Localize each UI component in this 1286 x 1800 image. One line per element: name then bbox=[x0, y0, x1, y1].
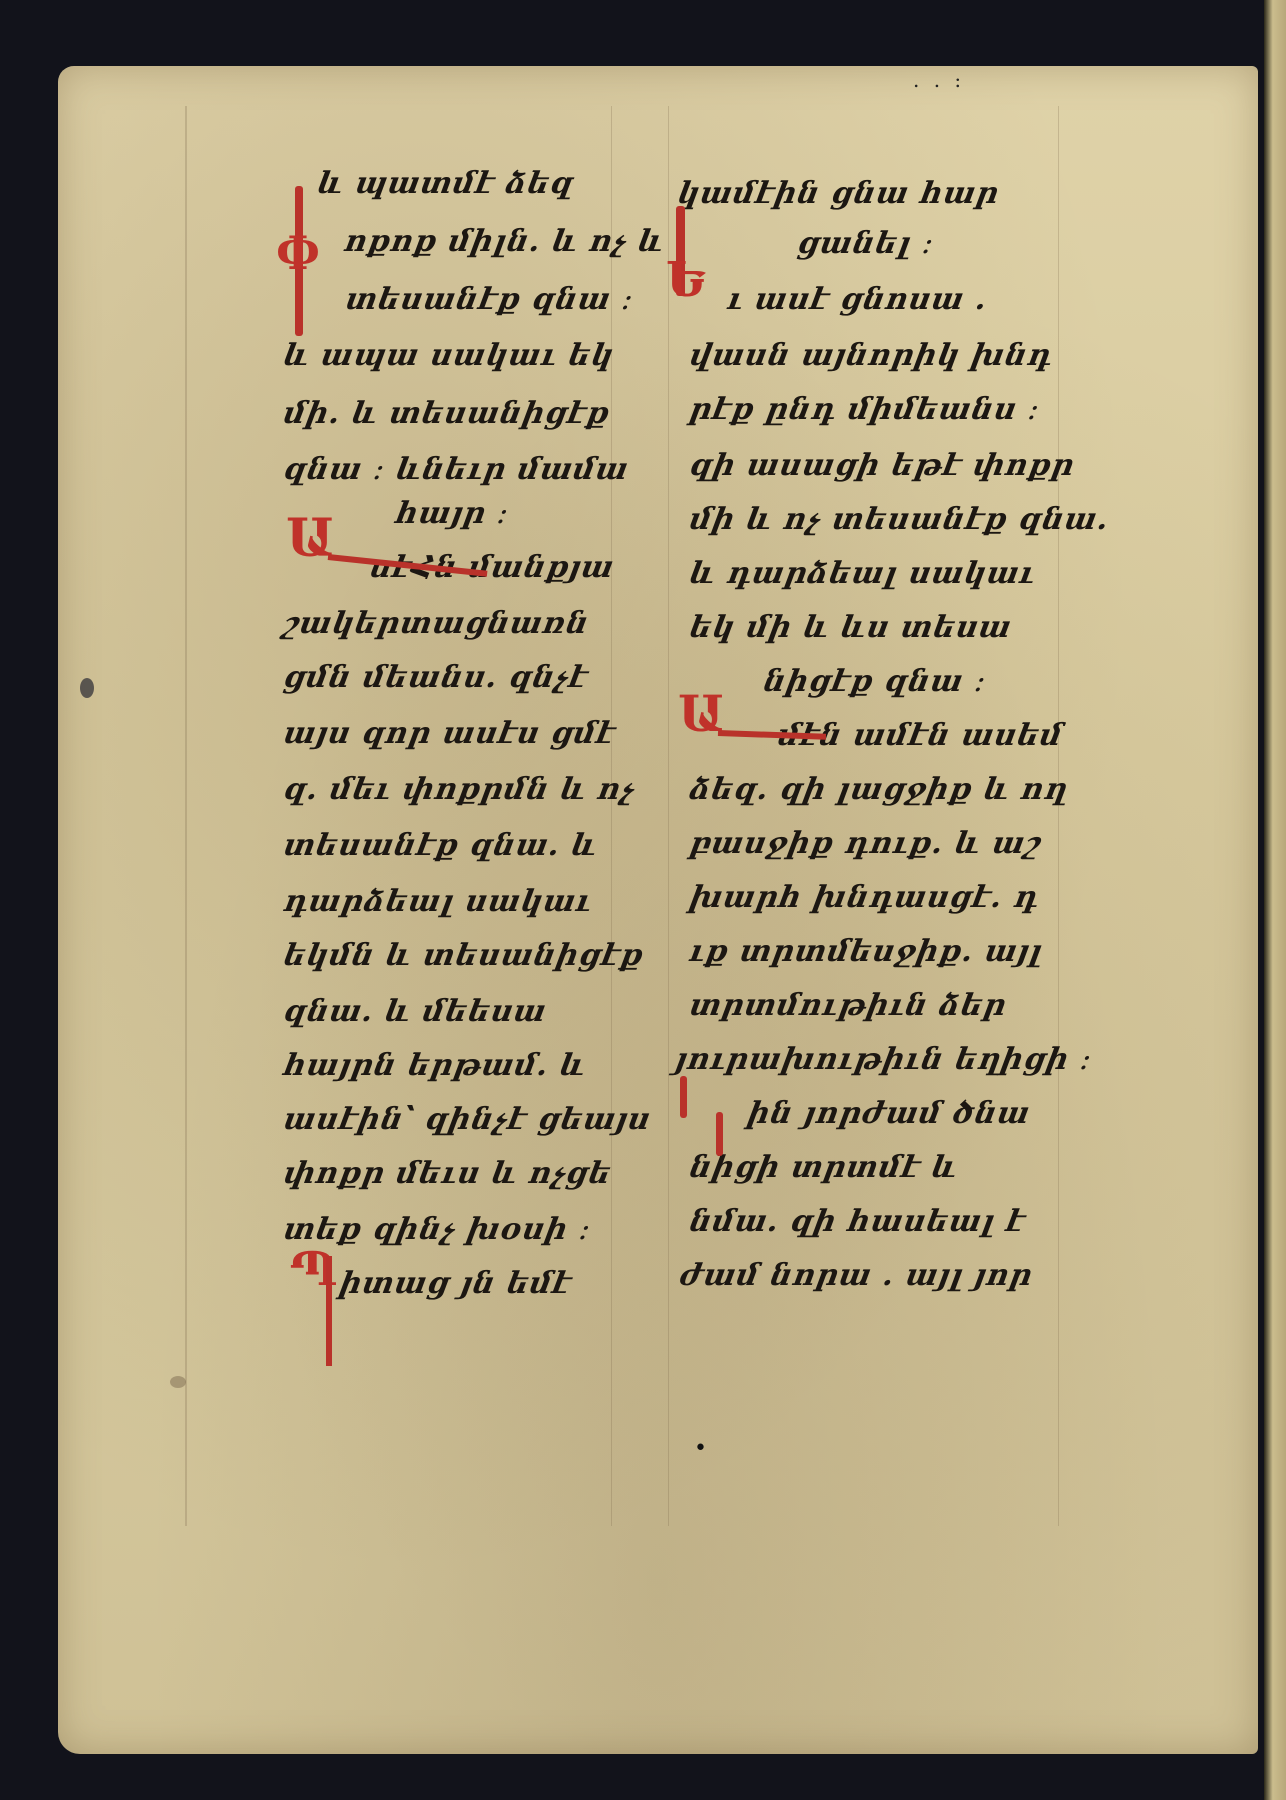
text-line: հայրն երթամ․ և bbox=[281, 1048, 589, 1083]
text-line: նիցի տրտմէ և bbox=[687, 1150, 961, 1185]
text-line: տեսանէք զնա․ և bbox=[281, 828, 601, 863]
text-line: ին յորժամ ծնա bbox=[745, 1096, 1033, 1131]
ruling-line bbox=[668, 106, 669, 1526]
adjacent-folio-edge bbox=[1264, 0, 1286, 1800]
text-line: վասն այնորիկ խնդ bbox=[687, 338, 1056, 373]
text-line: ցանել ։ bbox=[795, 226, 937, 261]
text-line: մի և ոչ տեսանէք զնա․ bbox=[687, 502, 1112, 537]
text-line: ւք տրտմեսջիք․ այլ bbox=[687, 934, 1046, 969]
text-line: զ․ մեւ փոքրմն և ոչ bbox=[281, 772, 638, 807]
text-line: նիցէք զնա ։ bbox=[761, 664, 989, 699]
text-line: և դարձեալ սակաւ bbox=[687, 556, 1039, 591]
ink-stain bbox=[80, 678, 94, 698]
ruling-line bbox=[185, 106, 187, 1526]
text-line: հայր ։ bbox=[393, 496, 512, 531]
bottom-dot: • bbox=[694, 1436, 707, 1461]
text-line: կամէին ցնա հար bbox=[675, 176, 1002, 211]
ruling-line bbox=[611, 106, 612, 1526]
stain bbox=[170, 1376, 186, 1388]
text-line: տեսանէք զնա ։ bbox=[343, 282, 637, 317]
text-line: նմա․ զի հասեալ է bbox=[687, 1204, 1029, 1239]
text-line: և պատմէ ձեզ bbox=[315, 166, 577, 201]
text-line: խարհ խնդասցէ․ դ bbox=[687, 880, 1043, 915]
text-line: բասջիք դուք․ և աշ bbox=[687, 826, 1044, 861]
text-line: շակերտացնառն bbox=[281, 606, 592, 641]
text-line: ասէին՝ զինչէ ցեայս bbox=[281, 1102, 654, 1137]
text-line: եկմն և տեսանիցէք bbox=[281, 938, 647, 973]
text-line: տրտմութիւն ձեր bbox=[687, 988, 1010, 1023]
text-line: յուրախութիւն եղիցի ։ bbox=[673, 1042, 1095, 1077]
text-line: զի ասացի եթէ փոքր bbox=[687, 448, 1078, 483]
text-line: զնա․ և մեեսա bbox=[281, 994, 550, 1029]
text-line: ցմն մեանս․ զնչէ bbox=[281, 660, 591, 695]
text-line: զնա ։ ևնեւր մամա bbox=[281, 452, 632, 487]
manuscript-page: . . : • և պատմէ ձեզ ոքոք միլն․ և ոչ և տե… bbox=[58, 66, 1258, 1754]
text-line: և ապա սակաւ եկ bbox=[281, 338, 617, 373]
text-line: եկ մի և ևս տեսա bbox=[687, 610, 1015, 645]
text-line: փոքր մեւս և ոչցե bbox=[281, 1156, 615, 1191]
text-line: այս զոր ասէս ցմէ bbox=[281, 716, 619, 751]
ruling-line bbox=[1058, 106, 1059, 1526]
text-line: մի․ և տեսանիցէք bbox=[281, 396, 613, 431]
text-line: իտաց յն եմէ bbox=[337, 1266, 575, 1301]
marginal-dots: . . : bbox=[913, 68, 965, 92]
text-line: ւ ասէ ցնոսա ․ bbox=[725, 282, 991, 317]
text-line: դարձեալ սակաւ bbox=[281, 884, 595, 919]
text-line: րէք ընդ միմեանս ։ bbox=[687, 392, 1043, 427]
text-line: ոքոք միլն․ և ոչ և bbox=[342, 224, 668, 259]
text-line: ժամ նորա ․ այլ յոր bbox=[677, 1258, 1036, 1293]
text-line: ձեզ․ զի լացջիք և ող bbox=[687, 772, 1071, 807]
